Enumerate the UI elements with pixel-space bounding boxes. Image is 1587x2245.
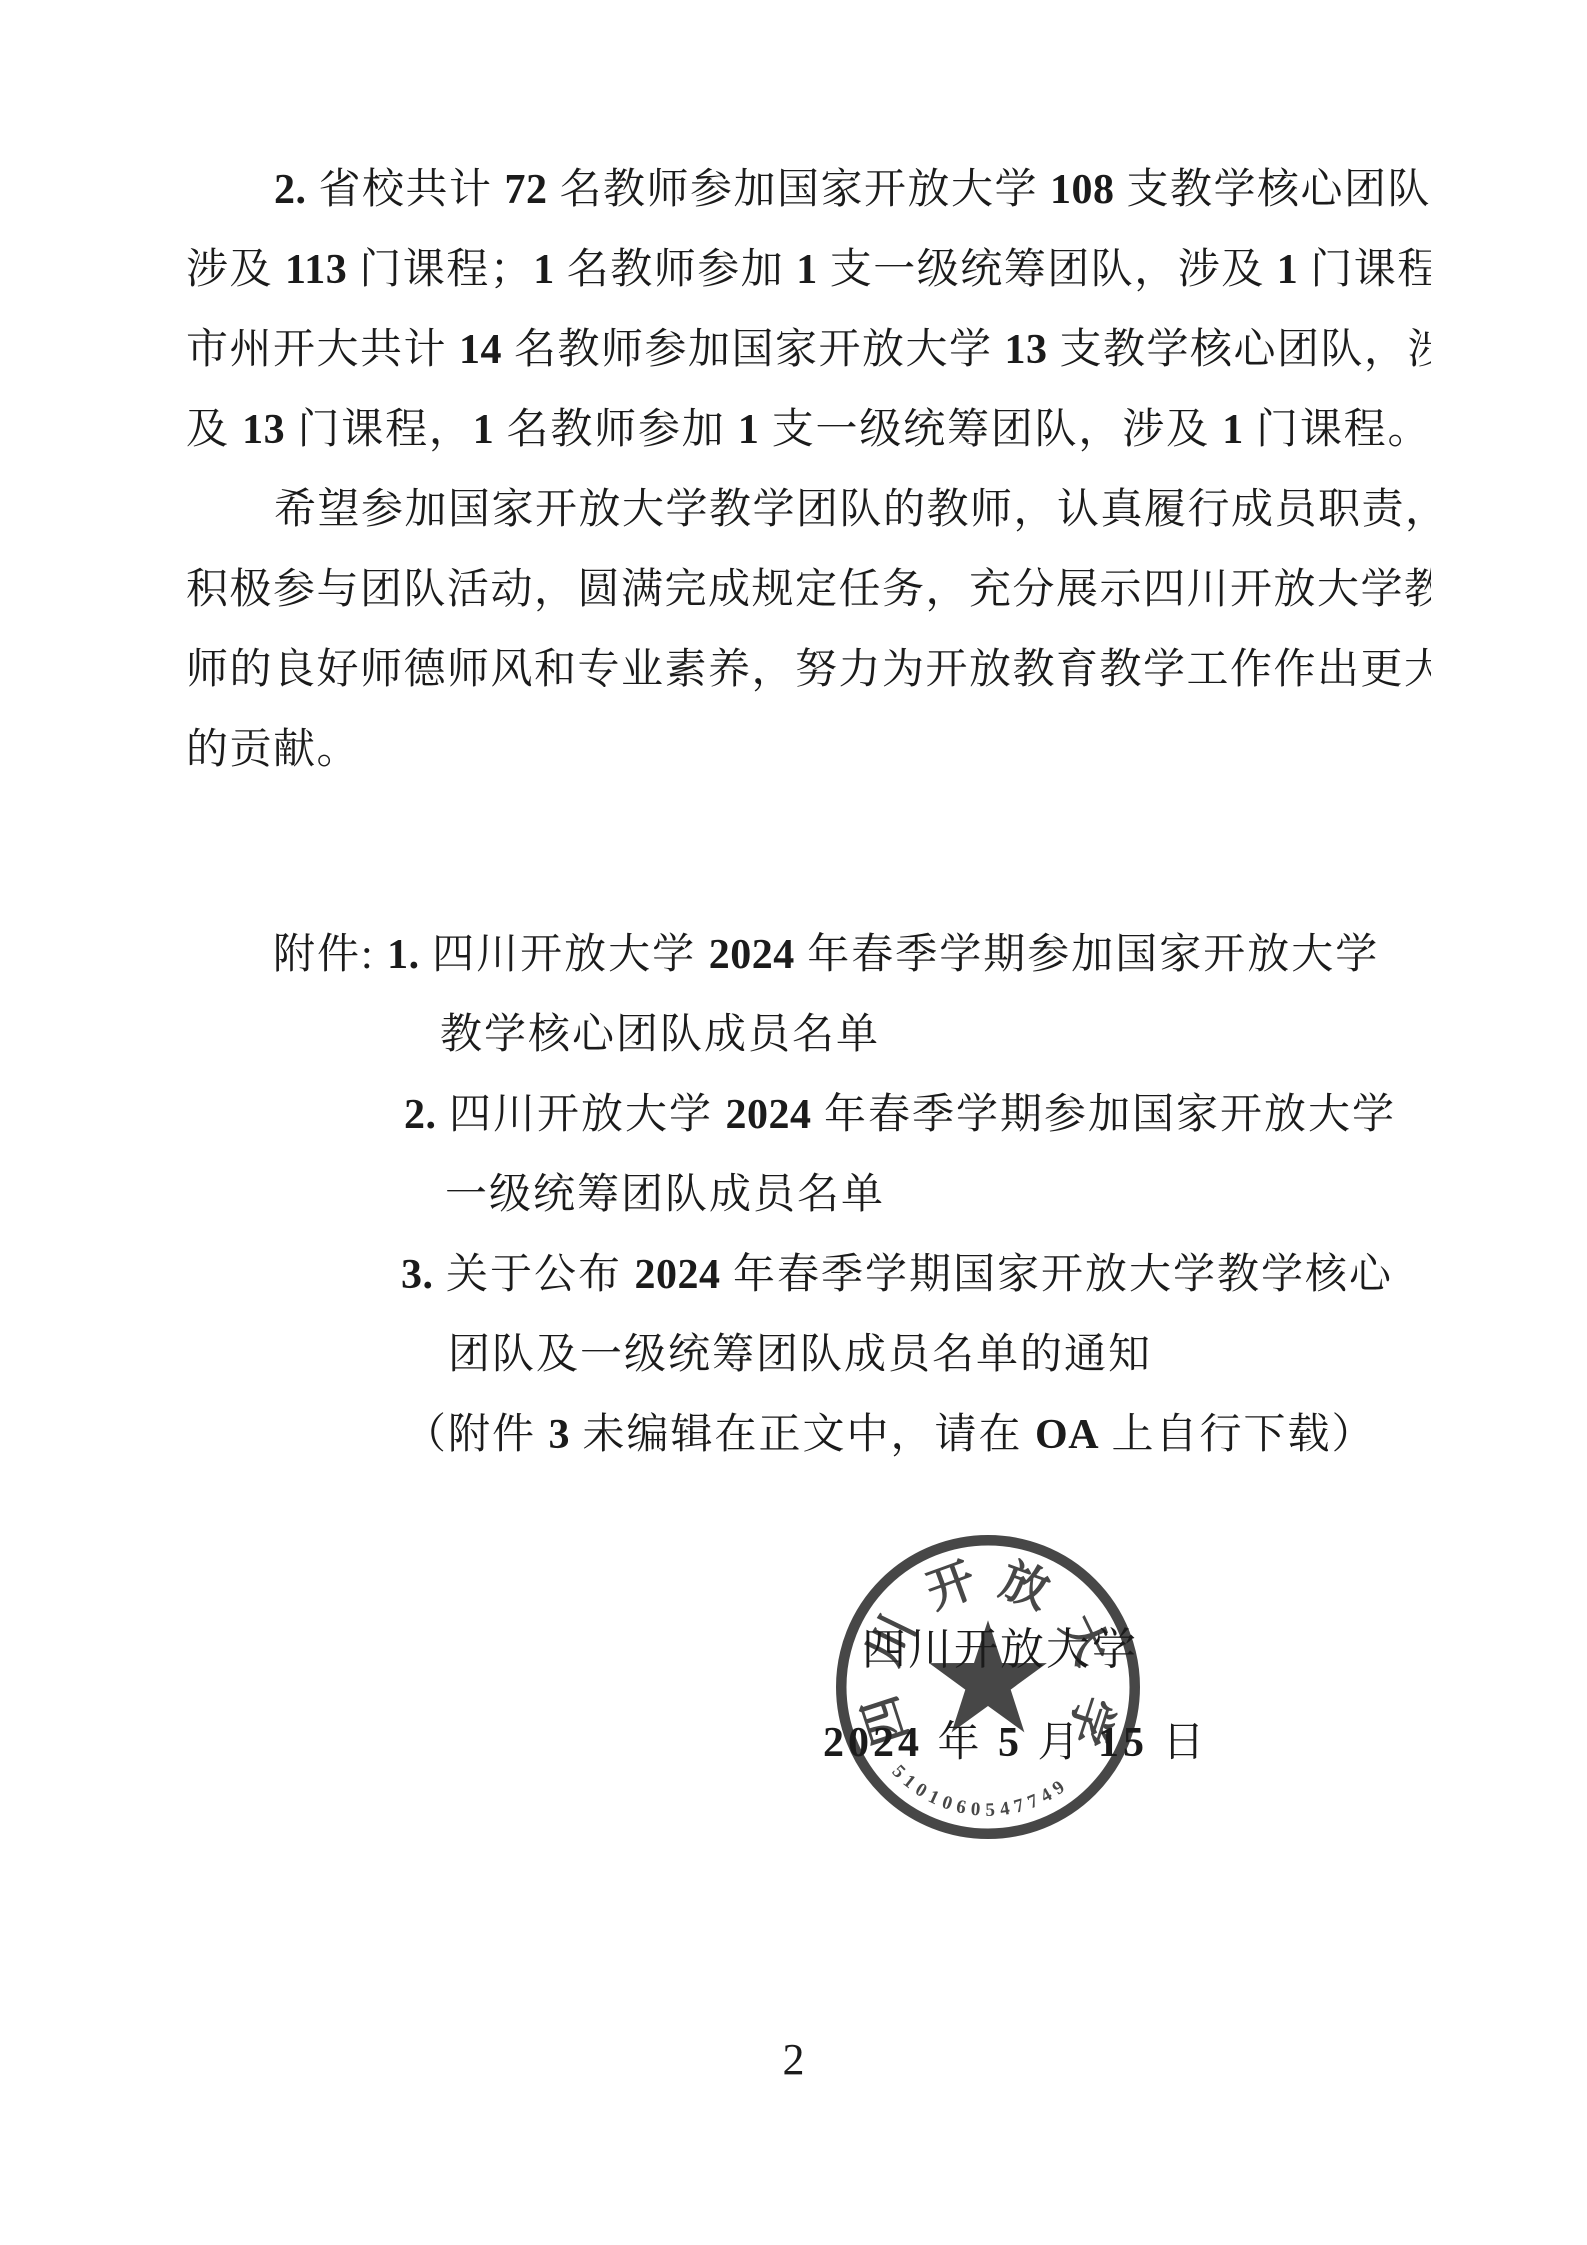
signature-org: 四川开放大学 (862, 1610, 1138, 1690)
page-number: 2 (0, 2030, 1587, 2090)
body-line: 积极参与团队活动，圆满完成规定任务，充分展示四川开放大学教 (186, 550, 1431, 630)
attachments-block: 附件: 1. 四川开放大学 2024 年春季学期参加国家开放大学 教学核心团队成… (273, 915, 1473, 1475)
signature-date: 2024 年 5 月 15 日 (823, 1703, 1209, 1783)
attachment-line: 教学核心团队成员名单 (273, 995, 1473, 1075)
body-line: 希望参加国家开放大学教学团队的教师，认真履行成员职责， (186, 470, 1431, 550)
attachment-line: 2. 四川开放大学 2024 年春季学期参加国家开放大学 (273, 1075, 1473, 1155)
body-paragraphs: 2. 省校共计 72 名教师参加国家开放大学 108 支教学核心团队， 涉及 1… (186, 150, 1431, 790)
attachment-line: 团队及一级统筹团队成员名单的通知 (273, 1315, 1473, 1395)
body-line: 及 13 门课程，1 名教师参加 1 支一级统筹团队，涉及 1 门课程。 (186, 390, 1431, 470)
body-line: 市州开大共计 14 名教师参加国家开放大学 13 支教学核心团队，涉 (186, 310, 1431, 390)
body-line: 的贡献。 (186, 710, 1431, 790)
attachment-line: 3. 关于公布 2024 年春季学期国家开放大学教学核心 (273, 1235, 1473, 1315)
body-line: 2. 省校共计 72 名教师参加国家开放大学 108 支教学核心团队， (186, 150, 1431, 230)
body-line: 涉及 113 门课程；1 名教师参加 1 支一级统筹团队，涉及 1 门课程。 (186, 230, 1431, 310)
attachment-line: （附件 3 未编辑在正文中，请在 OA 上自行下载） (273, 1395, 1473, 1475)
body-line: 师的良好师德师风和专业素养，努力为开放教育教学工作作出更大 (186, 630, 1431, 710)
attachment-line: 一级统筹团队成员名单 (273, 1155, 1473, 1235)
attachment-line: 附件: 1. 四川开放大学 2024 年春季学期参加国家开放大学 (273, 915, 1473, 995)
document-page: 2. 省校共计 72 名教师参加国家开放大学 108 支教学核心团队， 涉及 1… (0, 0, 1587, 2245)
